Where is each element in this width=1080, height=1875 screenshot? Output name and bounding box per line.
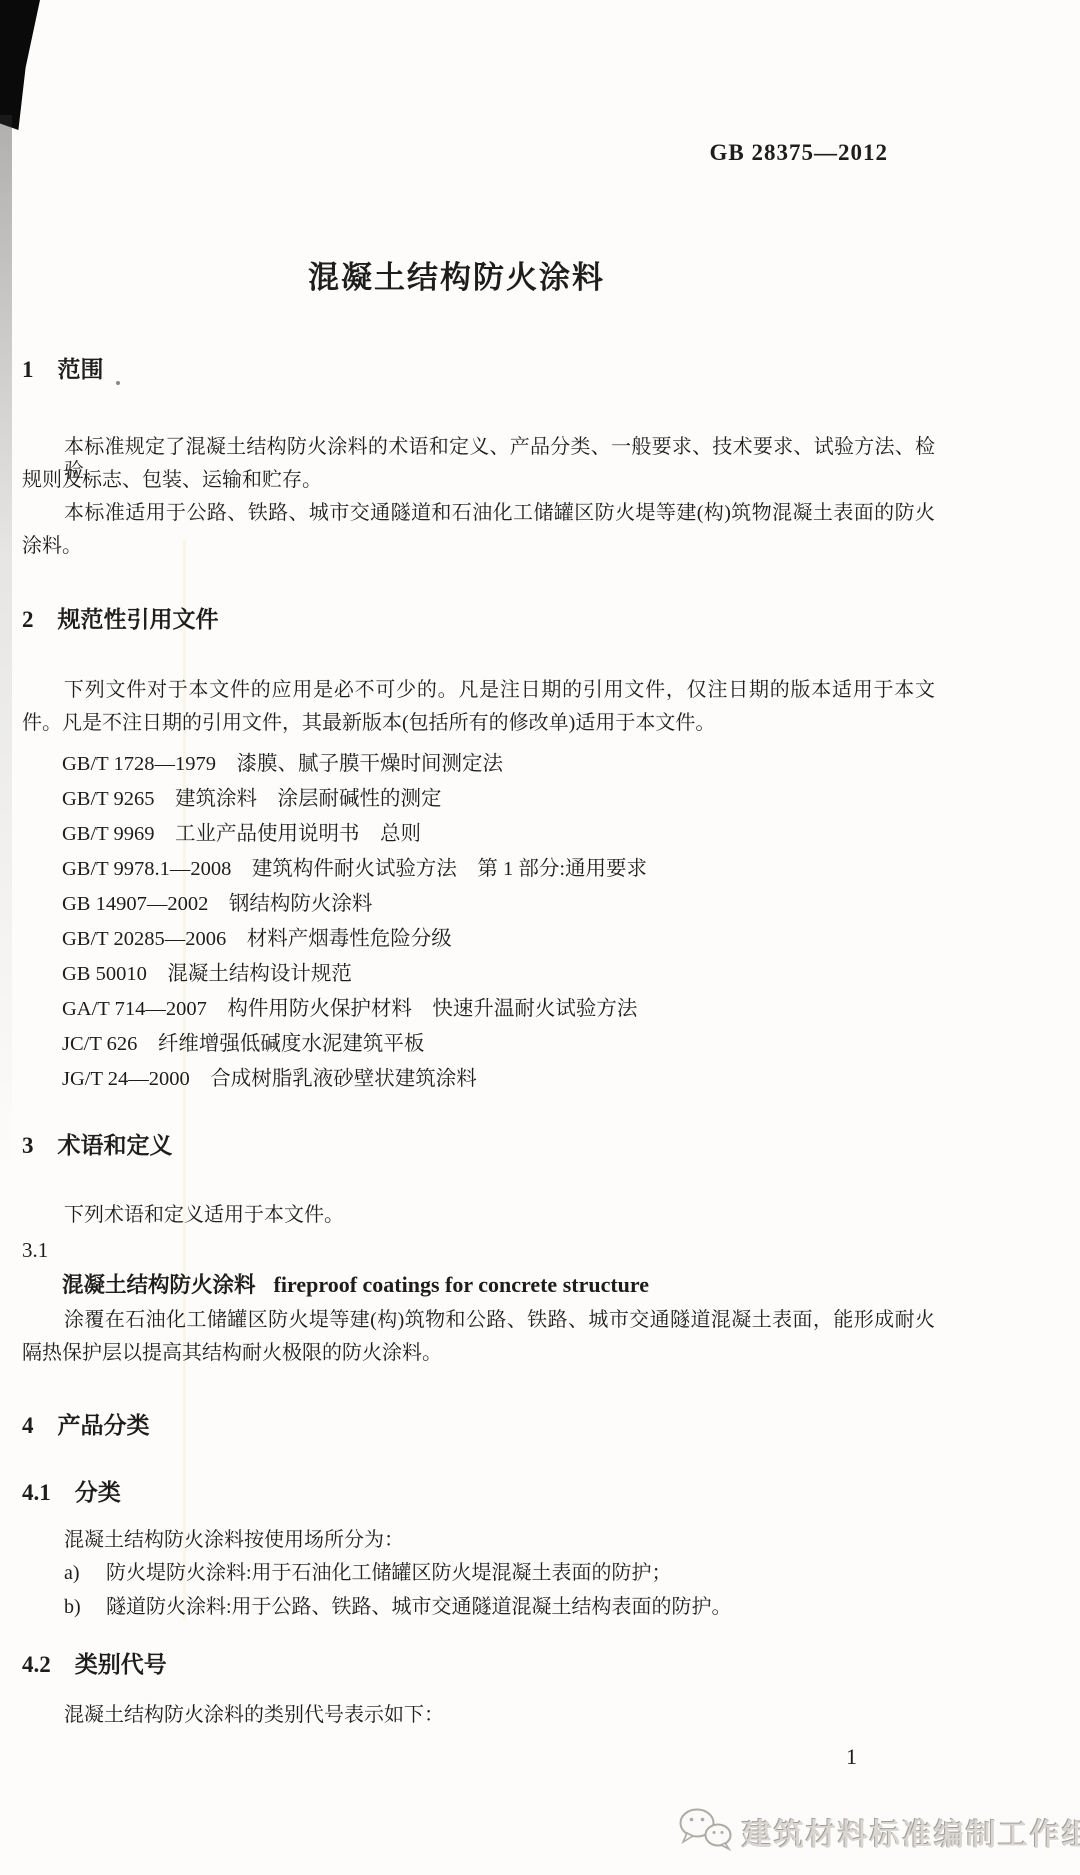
section-4-1-heading: 4.1分类: [22, 1474, 121, 1507]
section-2-number: 2: [22, 607, 34, 633]
classification-intro: 混凝土结构防火涂料按使用场所分为：: [64, 1528, 404, 1552]
section-4-number: 4: [22, 1413, 34, 1439]
reference-item: GB/T 9265 建筑涂料 涂层耐碱性的测定: [62, 781, 441, 811]
section-1-number: 1: [22, 357, 34, 383]
watermark: 建筑材料标准编制工作组: [676, 1806, 1080, 1857]
reference-item: GB 50010 混凝土结构设计规范: [62, 956, 352, 986]
section-4-2-heading: 4.2类别代号: [22, 1646, 167, 1679]
section-4-2-title: 类别代号: [75, 1651, 167, 1677]
reference-item: GA/T 714—2007 构件用防火保护材料 快速升温耐火试验方法: [62, 991, 637, 1021]
term-chinese: 混凝土结构防火涂料: [62, 1273, 256, 1297]
section-2-title: 规范性引用文件: [58, 606, 219, 632]
list-item-label: b): [64, 1595, 106, 1619]
scope-paragraph-line: 规则及标志、包装、运输和贮存。: [22, 468, 322, 492]
scan-speck: [116, 381, 120, 385]
reference-item: GB/T 1728—1979 漆膜、腻子膜干燥时间测定法: [62, 746, 503, 776]
document-page: GB 28375—2012 混凝土结构防火涂料 1范围 本标准规定了混凝土结构防…: [0, 0, 1080, 1875]
section-4-1-title: 分类: [75, 1479, 121, 1505]
section-2-heading: 2规范性引用文件: [22, 601, 219, 634]
definition-line: 涂覆在石油化工储罐区防火堤等建(构)筑物和公路、铁路、城市交通隧道混凝土表面，能…: [64, 1308, 935, 1332]
section-3-number: 3: [22, 1133, 34, 1159]
code-intro: 混凝土结构防火涂料的类别代号表示如下：: [64, 1703, 444, 1727]
scan-corner-artifact: [0, 0, 40, 130]
terms-intro: 下列术语和定义适用于本文件。: [64, 1203, 344, 1227]
section-4-heading: 4产品分类: [22, 1407, 150, 1440]
list-item: b)隧道防火涂料:用于公路、铁路、城市交通隧道混凝土结构表面的防护。: [64, 1595, 732, 1619]
wechat-icon: [676, 1806, 734, 1857]
reference-item: GB/T 9969 工业产品使用说明书 总则: [62, 816, 421, 846]
term-number: 3.1: [22, 1238, 48, 1263]
scope-paragraph-line: 本标准适用于公路、铁路、城市交通隧道和石油化工储罐区防火堤等建(构)筑物混凝土表…: [64, 501, 935, 525]
reference-item: GB/T 9978.1—2008 建筑构件耐火试验方法 第 1 部分:通用要求: [62, 851, 647, 881]
section-1-title: 范围: [58, 356, 104, 382]
term-english: fireproof coatings for concrete structur…: [274, 1272, 650, 1297]
page-number: 1: [846, 1744, 857, 1770]
references-intro-line: 件。凡是不注日期的引用文件，其最新版本(包括所有的修改单)适用于本文件。: [22, 711, 715, 735]
reference-item: JC/T 626 纤维增强低碱度水泥建筑平板: [62, 1026, 424, 1056]
list-item: a)防火堤防火涂料:用于石油化工储罐区防火堤混凝土表面的防护；: [64, 1561, 672, 1585]
definition-line: 隔热保护层以提高其结构耐火极限的防火涂料。: [22, 1341, 442, 1365]
standard-number: GB 28375—2012: [710, 140, 888, 166]
reference-item: GB/T 20285—2006 材料产烟毒性危险分级: [62, 921, 452, 951]
section-3-heading: 3术语和定义: [22, 1127, 173, 1160]
references-intro-line: 下列文件对于本文件的应用是必不可少的。凡是注日期的引用文件，仅注日期的版本适用于…: [64, 678, 935, 702]
list-item-text: 隧道防火涂料:用于公路、铁路、城市交通隧道混凝土结构表面的防护。: [106, 1596, 732, 1618]
reference-item: JG/T 24—2000 合成树脂乳液砂壁状建筑涂料: [62, 1061, 477, 1091]
section-4-2-number: 4.2: [22, 1652, 51, 1678]
scope-paragraph-line: 涂料。: [22, 534, 82, 558]
reference-item: GB 14907—2002 钢结构防火涂料: [62, 886, 372, 916]
section-4-title: 产品分类: [58, 1412, 150, 1438]
scan-edge-shadow: [0, 115, 12, 1365]
watermark-text: 建筑材料标准编制工作组: [742, 1810, 1080, 1854]
list-item-label: a): [64, 1561, 106, 1585]
term-line: 混凝土结构防火涂料fireproof coatings for concrete…: [62, 1272, 649, 1299]
section-1-heading: 1范围: [22, 351, 104, 384]
document-title: 混凝土结构防火涂料: [0, 252, 913, 297]
section-3-title: 术语和定义: [58, 1132, 173, 1158]
list-item-text: 防火堤防火涂料:用于石油化工储罐区防火堤混凝土表面的防护；: [106, 1562, 672, 1584]
section-4-1-number: 4.1: [22, 1480, 51, 1506]
